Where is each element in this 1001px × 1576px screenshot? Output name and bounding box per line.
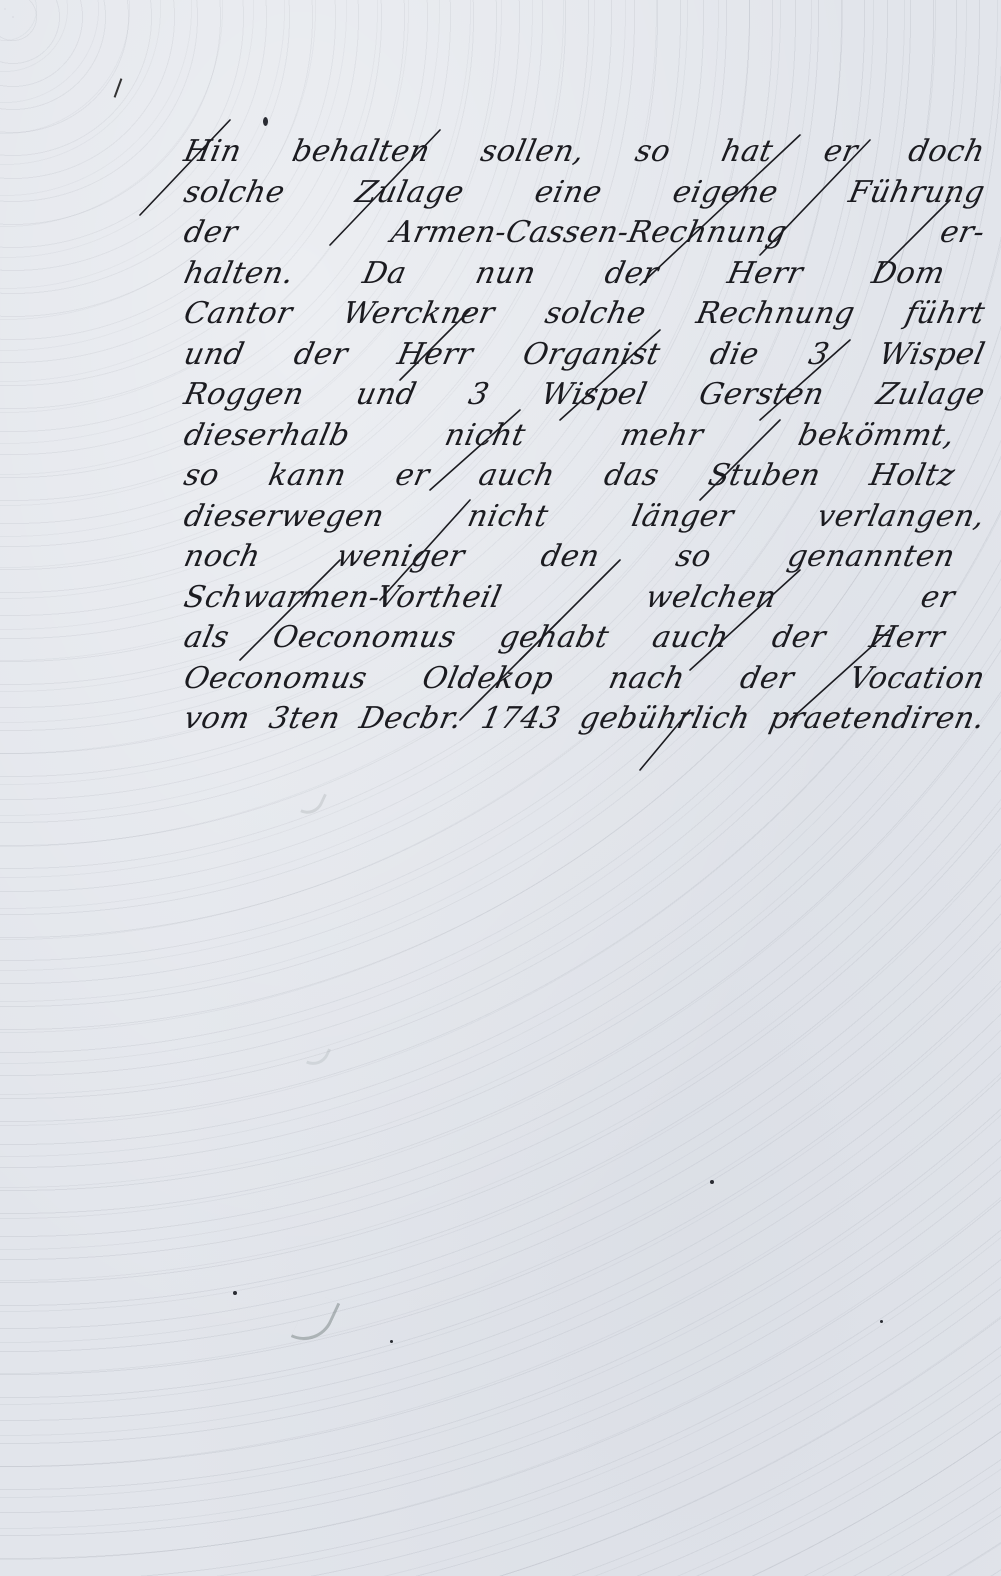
- text-line: dieserwegen nicht länger verlangen,: [180, 497, 989, 538]
- text-line: halten. Da nun der Herr Dom: [180, 254, 949, 295]
- text-line: noch weniger den so genannten: [180, 537, 959, 578]
- text-line: Cantor Werckner solche Rechnung führt: [180, 294, 989, 335]
- text-line: dieserhalb nicht mehr bekömmt,: [180, 416, 959, 457]
- paper-speck: [390, 1340, 393, 1343]
- text-line: solche Zulage eine eigene Führung: [180, 173, 989, 214]
- paper-speck: [233, 1291, 237, 1295]
- paper-stain: [300, 788, 327, 820]
- manuscript-page: Hin behalten sollen, so hat er doch solc…: [0, 0, 1001, 1576]
- text-line: vom 3ten Decbr. 1743 gebührlich praetend…: [180, 699, 989, 740]
- text-line: Schwarmen-Vortheil welchen er: [180, 578, 959, 619]
- text-line: der Armen-Cassen-Rechnung er-: [180, 213, 989, 254]
- paper-stain: [306, 1042, 331, 1070]
- text-line: Oeconomus Oldekop nach der Vocation: [180, 659, 989, 700]
- paper-speck: [710, 1180, 714, 1184]
- paper-stain: [291, 1291, 341, 1350]
- text-line: Hin behalten sollen, so hat er doch: [180, 132, 989, 173]
- manuscript-text: Hin behalten sollen, so hat er doch solc…: [180, 132, 980, 740]
- pen-mark: [114, 78, 123, 97]
- text-line: als Oeconomus gehabt auch der Herr: [180, 618, 949, 659]
- text-line: Roggen und 3 Wispel Gersten Zulage: [180, 375, 989, 416]
- paper-speck: [880, 1320, 883, 1323]
- text-line: so kann er auch das Stuben Holtz: [180, 456, 959, 497]
- text-line: und der Herr Organist die 3 Wispel: [180, 335, 989, 376]
- paper-speck: [263, 117, 268, 126]
